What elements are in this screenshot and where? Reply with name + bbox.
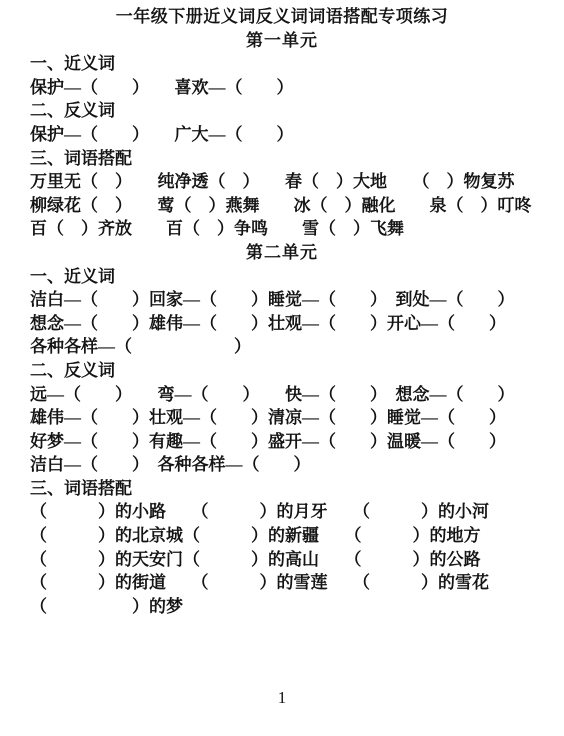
- worksheet-line: （ ）的小路 （ ）的月牙 （ ）的小河: [0, 500, 564, 524]
- section-heading: 二、反义词: [0, 99, 564, 123]
- worksheet-content: 第一单元一、近义词保护—（ ） 喜欢—（ ）二、反义词保护—（ ） 广大—（ ）…: [0, 29, 564, 619]
- unit-heading: 第二单元: [0, 241, 564, 265]
- page-number: 1: [0, 686, 564, 710]
- unit-heading: 第一单元: [0, 29, 564, 53]
- worksheet-line: 万里无（ ） 纯净透（ ） 春（ ）大地 （ ）物复苏: [0, 170, 564, 194]
- worksheet-line: 想念—（ ）雄伟—（ ）壮观—（ ）开心—（ ）: [0, 312, 564, 336]
- unit: 第一单元一、近义词保护—（ ） 喜欢—（ ）二、反义词保护—（ ） 广大—（ ）…: [0, 29, 564, 241]
- worksheet-line: 百（ ）齐放 百（ ）争鸣 雪（ ）飞舞: [0, 217, 564, 241]
- section-heading: 三、词语搭配: [0, 147, 564, 171]
- section-heading: 一、近义词: [0, 265, 564, 289]
- worksheet-line: 洁白—（ ）回家—（ ）睡觉—（ ） 到处—（ ）: [0, 288, 564, 312]
- worksheet-line: 雄伟—（ ）壮观—（ ）清凉—（ ）睡觉—（ ）: [0, 406, 564, 430]
- section-heading: 二、反义词: [0, 359, 564, 383]
- worksheet-page: 一年级下册近义词反义词词语搭配专项练习 第一单元一、近义词保护—（ ） 喜欢—（…: [0, 0, 564, 736]
- worksheet-line: （ ）的天安门（ ）的高山 （ ）的公路: [0, 548, 564, 572]
- worksheet-line: （ ）的梦: [0, 595, 564, 619]
- worksheet-line: 保护—（ ） 广大—（ ）: [0, 123, 564, 147]
- worksheet-line: （ ）的街道 （ ）的雪莲 （ ）的雪花: [0, 571, 564, 595]
- section-heading: 一、近义词: [0, 52, 564, 76]
- worksheet-line: 各种各样—（ ）: [0, 335, 564, 359]
- unit: 第二单元一、近义词洁白—（ ）回家—（ ）睡觉—（ ） 到处—（ ）想念—（ ）…: [0, 241, 564, 619]
- worksheet-line: 柳绿花（ ） 莺（ ）燕舞 冰（ ）融化 泉（ ）叮咚: [0, 194, 564, 218]
- worksheet-line: 洁白—（ ） 各种各样—（ ）: [0, 453, 564, 477]
- section-heading: 三、词语搭配: [0, 477, 564, 501]
- worksheet-line: 远—（ ） 弯—（ ） 快—（ ） 想念—（ ）: [0, 383, 564, 407]
- page-title: 一年级下册近义词反义词词语搭配专项练习: [0, 5, 564, 29]
- worksheet-line: （ ）的北京城（ ）的新疆 （ ）的地方: [0, 524, 564, 548]
- worksheet-line: 保护—（ ） 喜欢—（ ）: [0, 76, 564, 100]
- worksheet-line: 好梦—（ ）有趣—（ ）盛开—（ ）温暖—（ ）: [0, 430, 564, 454]
